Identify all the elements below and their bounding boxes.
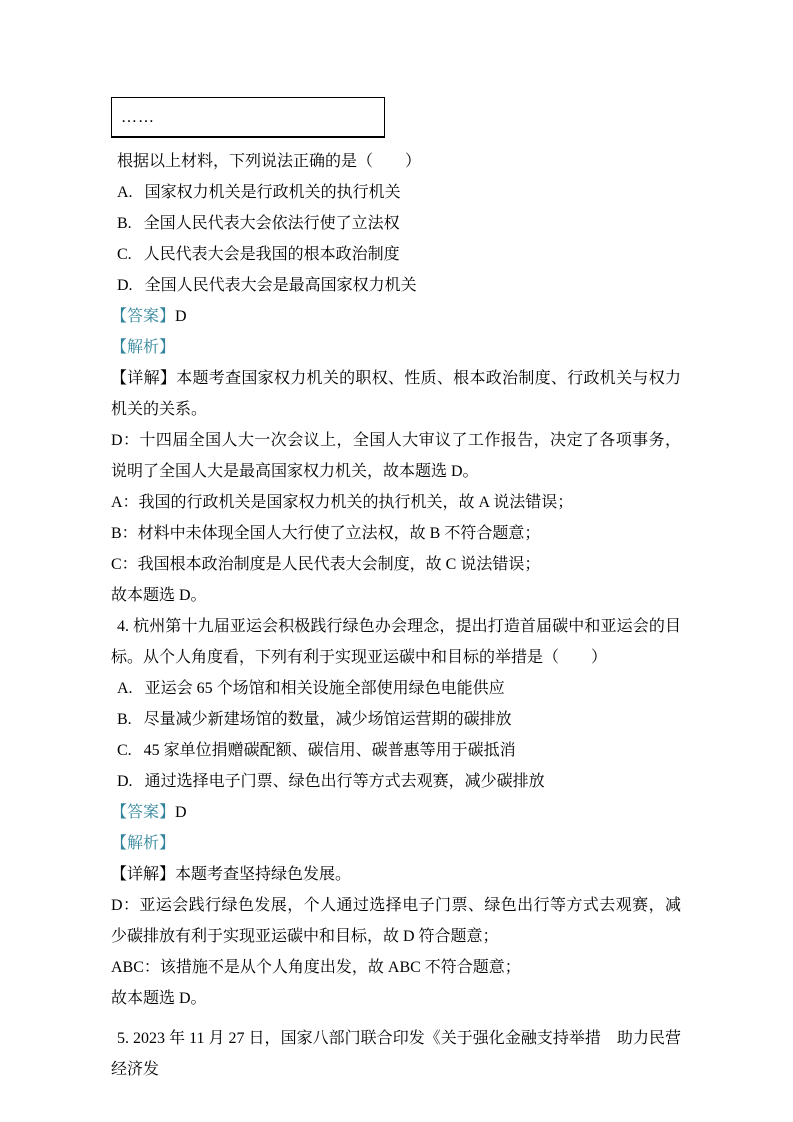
q3-option-c: C.人民代表大会是我国的根本政治制度 [111,239,681,270]
q4-option-b-label: B. [117,711,132,728]
q3-option-c-label: C. [117,246,132,263]
q3-option-a-text: 国家权力机关是行政机关的执行机关 [145,184,401,201]
q3-detail-line: 【详解】本题考查国家权力机关的职权、性质、根本政治制度、行政机关与权力机关的关系… [111,363,681,425]
q4-detail-label: 【详解】 [111,866,175,883]
q3-point-a: A：我国的行政机关是国家权力机关的执行机关，故 A 说法错误； [111,487,681,518]
q4-point-abc: ABC：该措施不是从个人角度出发，故 ABC 不符合题意； [111,952,681,983]
q3-analysis-label: 【解析】 [111,339,175,356]
q4-stem: 4. 杭州第十九届亚运会积极践行绿色办会理念，提出打造首届碳中和亚运会的目标。从… [111,611,681,673]
q3-option-a-label: A. [117,184,133,201]
q3-point-d: D：十四届全国人大一次会议上，全国人大审议了工作报告，决定了各项事务，说明了全国… [111,425,681,487]
q4-option-d: D.通过选择电子门票、绿色出行等方式去观赛，减少碳排放 [111,766,681,797]
q4-option-d-label: D. [117,773,133,790]
q3-answer-label: 【答案】 [111,308,175,325]
q4-answer-label: 【答案】 [111,804,175,821]
q4-analysis-label: 【解析】 [111,835,175,852]
material-ellipsis-text: …… [121,109,155,126]
q4-option-b-text: 尽量减少新建场馆的数量，减少场馆运营期的碳排放 [144,711,512,728]
material-ellipsis-box: …… [111,97,385,138]
q4-option-d-text: 通过选择电子门票、绿色出行等方式去观赛，减少碳排放 [145,773,545,790]
q4-detail-text: 本题考查坚持绿色发展。 [175,866,351,883]
q4-answer-line: 【答案】D [111,797,681,828]
q3-detail-label: 【详解】 [111,370,176,387]
q4-conclusion: 故本题选 D。 [111,983,681,1014]
q3-option-c-text: 人民代表大会是我国的根本政治制度 [144,246,400,263]
q4-point-d: D：亚运会践行绿色发展，个人通过选择电子门票、绿色出行等方式去观赛，减少碳排放有… [111,890,681,952]
q4-analysis-line: 【解析】 [111,828,681,859]
q3-option-a: A.国家权力机关是行政机关的执行机关 [111,177,681,208]
q4-option-c: C.45 家单位捐赠碳配额、碳信用、碳普惠等用于碳抵消 [111,735,681,766]
q3-option-b-text: 全国人民代表大会依法行使了立法权 [144,215,400,232]
q4-option-b: B.尽量减少新建场馆的数量，减少场馆运营期的碳排放 [111,704,681,735]
q5-stem-partial: 5. 2023 年 11 月 27 日，国家八部门联合印发《关于强化金融支持举措… [111,1023,681,1085]
q3-point-c: C：我国根本政治制度是人民代表大会制度，故 C 说法错误； [111,549,681,580]
document-page: …… 根据以上材料，下列说法正确的是（ ） A.国家权力机关是行政机关的执行机关… [0,0,793,1122]
q4-answer-value: D [175,804,187,821]
q4-option-c-text: 45 家单位捐赠碳配额、碳信用、碳普惠等用于碳抵消 [144,742,516,759]
q3-option-d-text: 全国人民代表大会是最高国家权力机关 [145,277,417,294]
q4-option-a: A.亚运会 65 个场馆和相关设施全部使用绿色电能供应 [111,673,681,704]
q3-option-d: D.全国人民代表大会是最高国家权力机关 [111,270,681,301]
q3-point-b: B：材料中未体现全国人大行使了立法权，故 B 不符合题意； [111,518,681,549]
q3-option-b: B.全国人民代表大会依法行使了立法权 [111,208,681,239]
q4-detail-line: 【详解】本题考查坚持绿色发展。 [111,859,681,890]
q3-detail-text: 本题考查国家权力机关的职权、性质、根本政治制度、行政机关与权力机关的关系。 [111,370,681,418]
q3-answer-value: D [175,308,187,325]
q3-analysis-line: 【解析】 [111,332,681,363]
q3-stem: 根据以上材料，下列说法正确的是（ ） [111,146,681,177]
q3-conclusion: 故本题选 D。 [111,580,681,611]
q3-answer-line: 【答案】D [111,301,681,332]
q3-option-d-label: D. [117,277,133,294]
q3-option-b-label: B. [117,215,132,232]
q4-option-c-label: C. [117,742,132,759]
q4-option-a-text: 亚运会 65 个场馆和相关设施全部使用绿色电能供应 [145,680,505,697]
q4-option-a-label: A. [117,680,133,697]
